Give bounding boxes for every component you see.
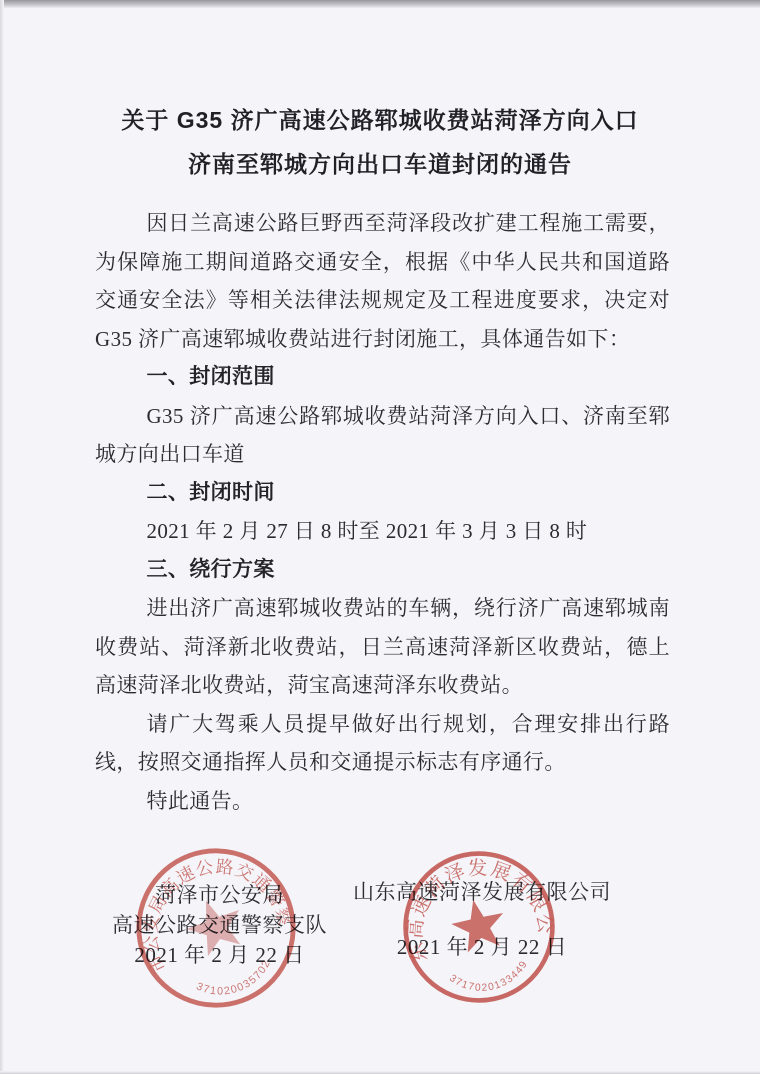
paragraph: 2021 年 2 月 27 日 8 时至 2021 年 3 月 3 日 8 时 <box>95 512 670 551</box>
section-heading: 二、封闭时间 <box>95 474 670 513</box>
svg-text:3717020133449: 3717020133449 <box>446 957 535 1002</box>
document-body: 因日兰高速公路巨野西至菏泽段改扩建工程施工需要，为保障施工期间道路交通安全，根据… <box>95 204 670 820</box>
seal-star-icon <box>180 891 250 960</box>
paragraph: 请广大驾乘人员提早做好出行规划，合理安排出行路线，按照交通指挥人员和交通提示标志… <box>95 705 670 782</box>
paragraph: 因日兰高速公路巨野西至菏泽段改扩建工程施工需要，为保障施工期间道路交通安全，根据… <box>95 204 670 358</box>
scanned-notice-page: 关于 G35 济广高速公路郓城收费站菏泽方向入口 济南至郓城方向出口车道封闭的通… <box>0 0 760 1074</box>
paragraph: 特此通告。 <box>95 782 670 821</box>
official-seal-company: 山东高速菏泽发展有限公司 3717020133449 <box>385 833 572 1020</box>
seal-registration-number: 3717020133449 <box>446 957 535 1002</box>
seal-star-icon <box>447 894 509 954</box>
official-seal-company-graphic: 山东高速菏泽发展有限公司 3717020133449 <box>385 833 572 1020</box>
document-title: 关于 G35 济广高速公路郓城收费站菏泽方向入口 济南至郓城方向出口车道封闭的通… <box>60 98 700 186</box>
official-seal-police: 菏泽市公安局高速公路交通警察支队 371020035702 <box>110 822 323 1035</box>
scan-edge-left <box>0 0 4 1074</box>
svg-text:菏泽市公安局高速公路交通警察支队: 菏泽市公安局高速公路交通警察支队 <box>110 822 298 982</box>
official-seal-police-graphic: 菏泽市公安局高速公路交通警察支队 371020035702 <box>110 822 323 1035</box>
section-heading: 三、绕行方案 <box>95 551 670 590</box>
document-title-line2: 济南至郓城方向出口车道封闭的通告 <box>60 142 700 186</box>
section-heading: 一、封闭范围 <box>95 358 670 397</box>
seal-ring-text: 菏泽市公安局高速公路交通警察支队 <box>110 822 298 982</box>
paragraph: G35 济广高速公路郓城收费站菏泽方向入口、济南至郓城方向出口车道 <box>95 397 670 474</box>
scan-edge-top <box>0 0 760 8</box>
paragraph: 进出济广高速郓城收费站的车辆，绕行济广高速郓城南收费站、菏泽新北收费站，日兰高速… <box>95 589 670 705</box>
document-title-line1: 关于 G35 济广高速公路郓城收费站菏泽方向入口 <box>60 98 700 142</box>
